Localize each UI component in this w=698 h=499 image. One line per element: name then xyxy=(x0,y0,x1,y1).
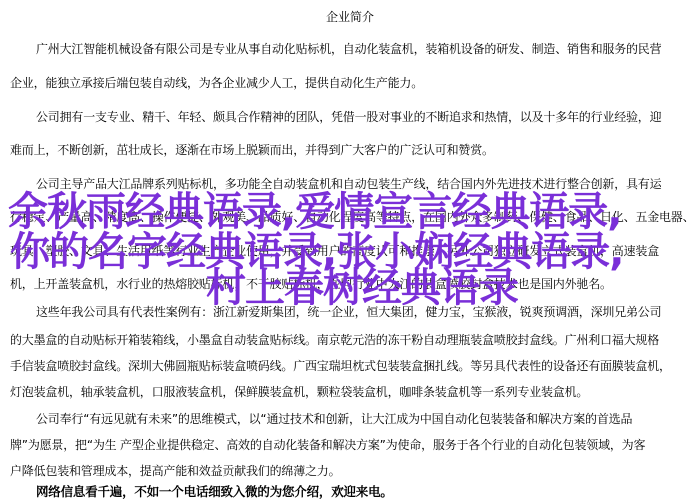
closing-line: 网络信息看千遍，不如一个电话细致入微的为您介绍，欢迎来电。 xyxy=(36,482,393,499)
paragraph-4-line-3: 手信装盒喷胶封盒线。深圳大佛圆瓶贴标装盒喷码线。广西宝瑞坦枕式包装装盒捆扎线。等… xyxy=(10,357,671,374)
paragraph-2-line-1: 公司拥有一支专业、精干、年轻、颇具合作精神的团队，凭借一股对事业的不断追求和热情… xyxy=(36,108,661,125)
paragraph-5-line-1: 公司奉行“有远见就有未来”的思维模式，以“通过技术和创新，让大江成为中国自动化包… xyxy=(36,410,632,427)
paragraph-1-line-1: 广州大江智能机械设备有限公司是专业从事自动化贴标机，自动化装盒机，装箱机设备的研… xyxy=(36,40,661,57)
paragraph-1-line-2: 企业，能独立承接后端包装自动线，为各企业减少人工，提供自动化生产能力。 xyxy=(10,74,423,91)
paragraph-4-line-4: 灯泡装盒机，轴承装盒机，口服液装盒机，保鲜膜装盒机，颗粒袋装盒机，咖啡条装盒机等… xyxy=(10,383,588,400)
watermark-overlay-line-3: 村上春树经典语录 xyxy=(206,268,518,308)
paragraph-2-line-2: 难而上，不断创新，茁壮成长，逐渐在市场上脱颖而出，并得到广大客户的广泛认可和赞赏… xyxy=(10,141,494,158)
paragraph-4-line-2: 的大墨盒的自动贴标开箱装箱线，小墨盒自动装盒贴标线。南京乾元浩的冻干粉自动理瓶装… xyxy=(10,331,659,348)
paragraph-5-line-2: 牌”为愿景，把“为生 产型企业提供稳定、高效的自动化装备和解决方案”为使命，服务… xyxy=(10,436,645,453)
page-title: 企业简介 xyxy=(10,8,690,25)
paragraph-5-line-3: 户降低包装和管理成本，提高产能和效益贡献我们的绵薄之力。 xyxy=(10,462,340,479)
watermark-overlay-line-1: 余秋雨经典语录,爱情宣言经典语录, xyxy=(8,192,621,232)
